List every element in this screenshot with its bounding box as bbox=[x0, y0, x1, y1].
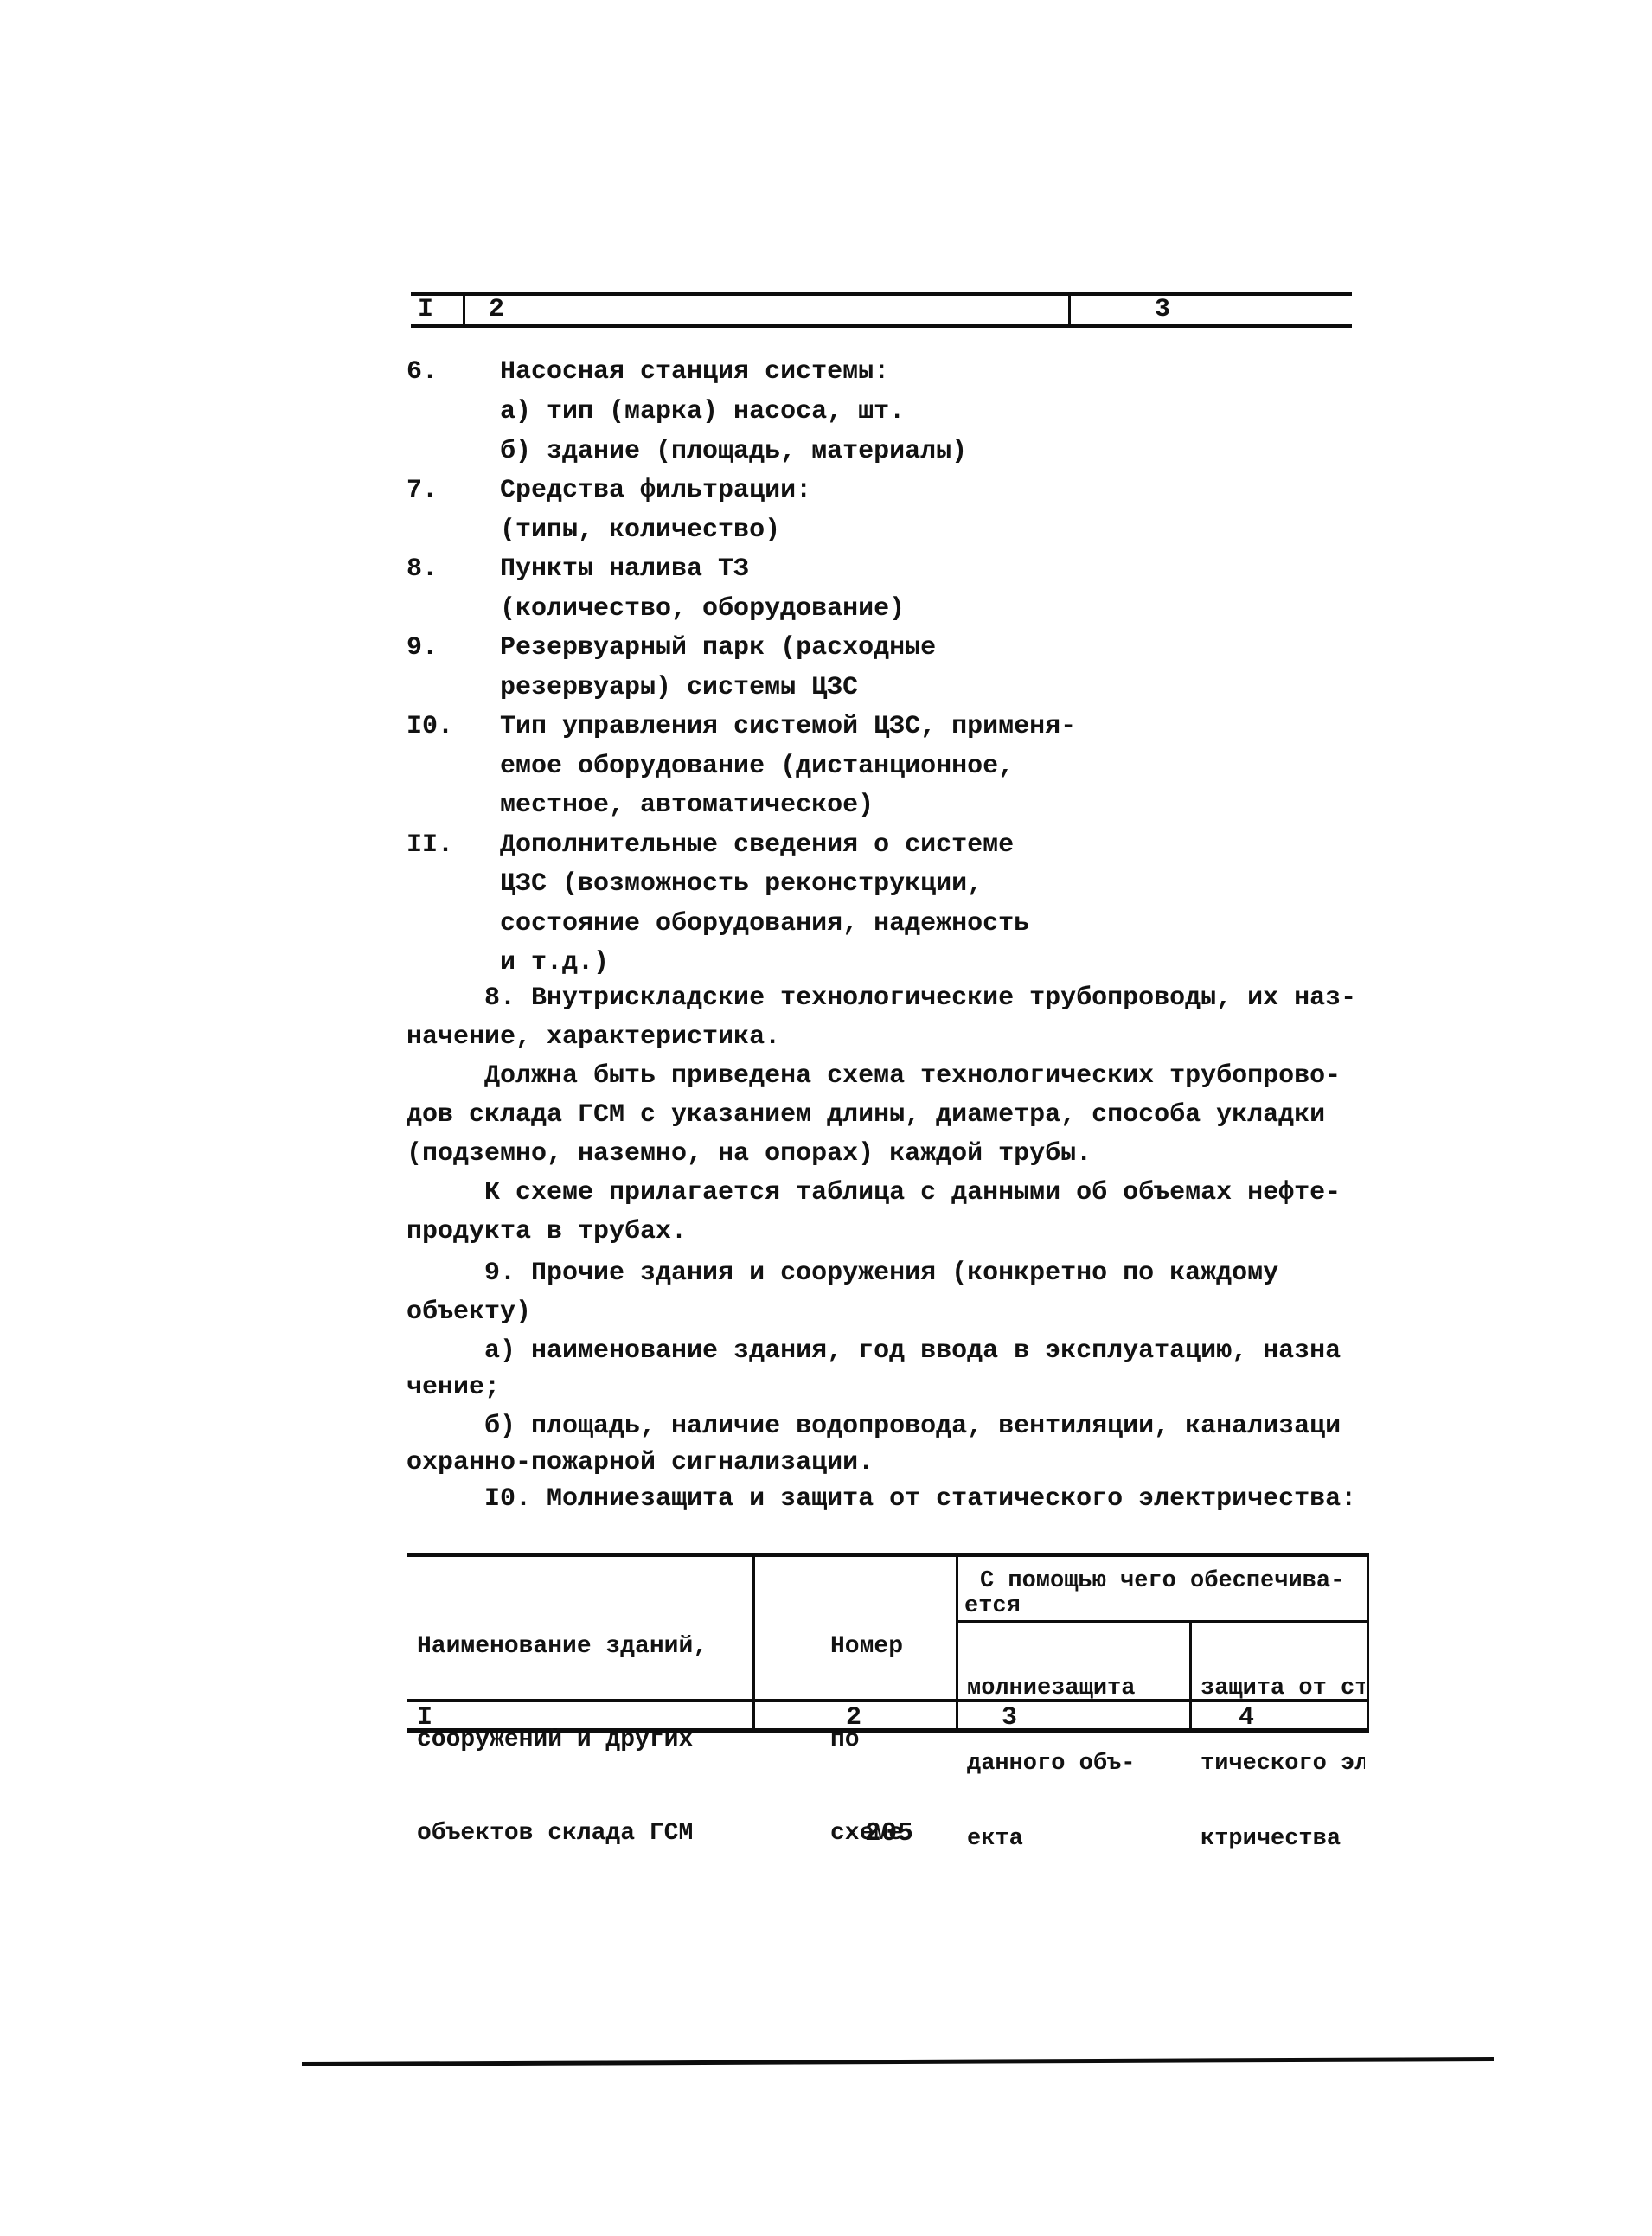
body-text-line: б) здание (площадь, материалы) bbox=[407, 437, 967, 466]
btable-col3a-header: молниезащита данного объ- екта bbox=[967, 1626, 1183, 1902]
btable-col3b-header: защита от ста- тического эле- ктричества bbox=[1201, 1626, 1365, 1902]
btable-col2-header-line: Номер bbox=[830, 1631, 918, 1663]
body-text-line: продукта в трубах. bbox=[407, 1217, 687, 1246]
body-text-line: б) площадь, наличие водопровода, вентиля… bbox=[407, 1412, 1341, 1441]
btable-col3a-header-line: молниезащита bbox=[967, 1676, 1183, 1701]
body-text-line: (типы, количество) bbox=[407, 516, 780, 545]
btable-col3a-header-line: данного объ- bbox=[967, 1752, 1183, 1777]
btable-col1-header: Наименование зданий, сооружений и других… bbox=[417, 1569, 708, 1912]
btable-col1-header-line: объектов склада ГСМ bbox=[417, 1818, 708, 1849]
body-text-line: дов склада ГСМ с указанием длины, диамет… bbox=[407, 1100, 1325, 1130]
btable-col3a-header-line: екта bbox=[967, 1827, 1183, 1852]
body-text-line: 9. Резервуарный парк (расходные bbox=[407, 633, 936, 663]
top-table-col3-label: 3 bbox=[1155, 296, 1170, 324]
top-table-divider-1 bbox=[463, 296, 465, 324]
body-text-line: (количество, оборудование) bbox=[407, 594, 905, 624]
body-text-line: состояние оборудования, надежность bbox=[407, 909, 1029, 939]
btable-col1-header-line: Наименование зданий, bbox=[417, 1631, 708, 1663]
btable-divider-subcol bbox=[1189, 1620, 1192, 1728]
btable-index-1: I bbox=[417, 1704, 432, 1732]
btable-index-2: 2 bbox=[846, 1704, 861, 1732]
top-table-divider-2 bbox=[1068, 296, 1071, 324]
body-text-line: II. Дополнительные сведения о системе bbox=[407, 830, 1014, 860]
body-text-line: I0. Молниезащита и защита от статическог… bbox=[407, 1484, 1356, 1514]
top-table-col2-label: 2 bbox=[489, 296, 504, 324]
body-text-line: 8. Внутрискладские технологические трубо… bbox=[407, 983, 1356, 1013]
btable-col3b-header-line: тического эле- bbox=[1201, 1752, 1365, 1777]
body-text-line: 9. Прочие здания и сооружения (конкретно… bbox=[407, 1259, 1278, 1288]
body-text-line: местное, автоматическое) bbox=[407, 791, 874, 820]
body-text-line: охранно-пожарной сигнализации. bbox=[407, 1448, 874, 1477]
body-text-line: и т.д.) bbox=[407, 948, 609, 977]
btable-col3b-header-line: ктричества bbox=[1201, 1827, 1365, 1852]
body-text-line: а) наименование здания, год ввода в эксп… bbox=[407, 1336, 1341, 1366]
scanned-document-page: I 2 3 6. Насосная станция системы: а) ти… bbox=[0, 0, 1652, 2236]
body-text-line: резервуары) системы ЦЗС bbox=[407, 673, 858, 702]
body-text-line: емое оборудование (дистанционное, bbox=[407, 752, 1014, 781]
body-text-line: 7. Средства фильтрации: bbox=[407, 476, 811, 505]
top-table-col1-label: I bbox=[418, 296, 433, 324]
btable-col1-header-line: сооружений и других bbox=[417, 1725, 708, 1756]
page-number: 205 bbox=[865, 1818, 913, 1848]
body-text-line: К схеме прилагается таблица с данными об… bbox=[407, 1178, 1341, 1208]
body-text-line: I0. Тип управления системой ЦЗС, применя… bbox=[407, 712, 1076, 741]
btable-col2-header: Номер по схеме bbox=[830, 1569, 918, 1912]
body-text-line: 6. Насосная станция системы: bbox=[407, 357, 889, 387]
btable-group-header-divider bbox=[956, 1620, 1369, 1623]
body-text-line: ЦЗС (возможность реконструкции, bbox=[407, 869, 983, 899]
body-text-line: чение; bbox=[407, 1373, 500, 1402]
btable-divider-col2 bbox=[956, 1557, 958, 1728]
top-column-index-table: I 2 3 bbox=[411, 292, 1352, 328]
body-text-line: начение, характеристика. bbox=[407, 1022, 780, 1052]
btable-col3-group-header-line2: ется bbox=[964, 1594, 1137, 1619]
body-text-line: (подземно, наземно, на опорах) каждой тр… bbox=[407, 1139, 1092, 1169]
btable-index-3: 3 bbox=[1002, 1704, 1017, 1732]
footer-rule bbox=[302, 2057, 1494, 2066]
body-text-line: а) тип (марка) насоса, шт. bbox=[407, 397, 905, 426]
btable-col3-group-header-line1: С помощью чего обеспечива- bbox=[980, 1569, 1354, 1594]
btable-index-4: 4 bbox=[1239, 1704, 1254, 1732]
body-text-line: 8. Пункты налива ТЗ bbox=[407, 554, 749, 584]
btable-divider-col1 bbox=[752, 1557, 755, 1728]
lightning-protection-table: Наименование зданий, сооружений и других… bbox=[407, 1553, 1369, 1733]
btable-col2-header-line: по bbox=[830, 1725, 918, 1756]
btable-col3b-header-line: защита от ста- bbox=[1201, 1676, 1365, 1701]
btable-right-border bbox=[1367, 1557, 1369, 1728]
body-text-line: объекту) bbox=[407, 1297, 531, 1327]
body-text-line: Должна быть приведена схема технологичес… bbox=[407, 1061, 1341, 1091]
